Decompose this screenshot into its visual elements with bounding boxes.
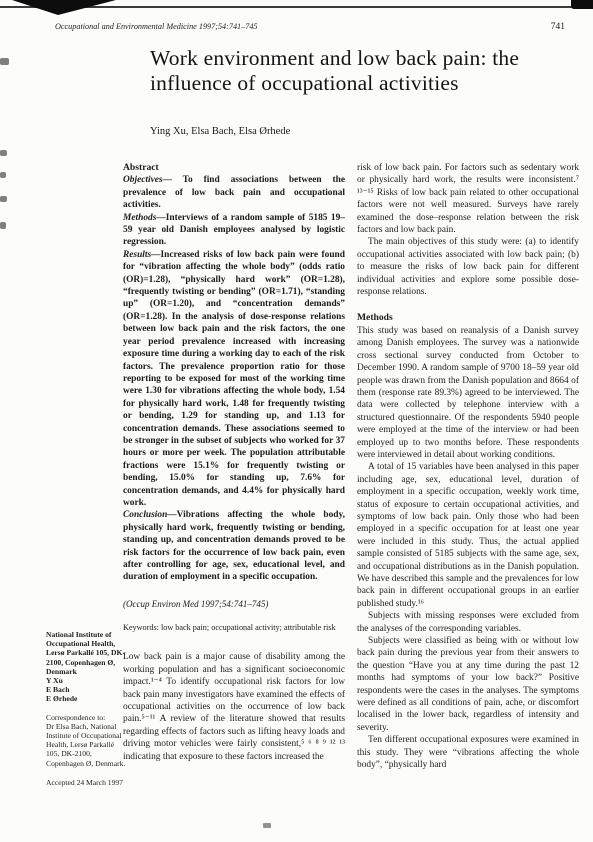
correspondence-label: Correspondence to: — [46, 713, 126, 722]
scan-artifact-left-edge — [0, 172, 6, 178]
body-columns: Abstract Objectives— To find association… — [123, 162, 579, 772]
abstract-results-label: Results— — [123, 250, 161, 260]
scan-artifact-bottom-mark — [263, 823, 271, 828]
methods-paragraph-3: Subjects with missing responses were exc… — [357, 610, 579, 635]
affiliation-author: E Ørhede — [46, 694, 126, 703]
margin-note: National Institute of Occupational Healt… — [46, 630, 126, 787]
author-byline: Ying Xu, Elsa Bach, Elsa Ørhede — [150, 126, 290, 137]
correspondence-address: Dr Elsa Bach, National Institute of Occu… — [46, 722, 126, 768]
right-column: risk of low back pain. For factors such … — [357, 162, 579, 772]
methods-paragraph-1: This study was based on reanalysis of a … — [357, 325, 579, 461]
scan-artifact-top-line — [0, 6, 593, 8]
intro-continued-paragraph: risk of low back pain. For factors such … — [357, 162, 579, 236]
correspondence-block: Correspondence to: Dr Elsa Bach, Nationa… — [46, 713, 126, 768]
scanned-paper-page: Occupational and Environmental Medicine … — [0, 0, 593, 842]
abstract-conclusion-label: Conclusion— — [123, 510, 177, 520]
accepted-date: Accepted 24 March 1997 — [46, 778, 126, 787]
scan-artifact-left-edge — [0, 150, 7, 156]
abstract-body: Objectives— To find associations between… — [123, 174, 345, 583]
methods-heading: Methods — [357, 312, 579, 324]
affiliation-author: E Bach — [46, 685, 126, 694]
objectives-paragraph: The main objectives of this study were: … — [357, 236, 579, 298]
scan-artifact-left-edge — [0, 58, 9, 65]
methods-paragraph-2: A total of 15 variables have been analys… — [357, 461, 579, 610]
methods-paragraph-4: Subjects were classified as being with o… — [357, 635, 579, 734]
intro-paragraph: Low back pain is a major cause of disabi… — [123, 651, 345, 763]
abstract-methods-label: Methods— — [123, 213, 166, 223]
abstract-conclusion-text: Vibrations affecting the whole body, phy… — [123, 510, 345, 582]
page-number: 741 — [551, 22, 565, 32]
journal-citation: (Occup Environ Med 1997;54:741–745) — [123, 598, 345, 610]
abstract-results-text: Increased risks of low back pain were fo… — [123, 250, 345, 508]
methods-paragraph-5: Ten different occupational exposures wer… — [357, 734, 579, 771]
abstract-conclusion: Conclusion—Vibrations affecting the whol… — [123, 509, 345, 583]
abstract-heading: Abstract — [123, 162, 345, 174]
abstract-objectives-label: Objectives— — [123, 175, 172, 185]
affiliation: National Institute of Occupational Healt… — [46, 630, 126, 676]
abstract-methods: Methods—Interviews of a random sample of… — [123, 212, 345, 249]
journal-citation-line: Occupational and Environmental Medicine … — [55, 22, 258, 31]
scan-artifact-top-right — [571, 0, 593, 9]
scan-artifact-left-edge — [0, 222, 6, 229]
scan-artifact-wedge — [12, 0, 116, 15]
abstract-results: Results—Increased risks of low back pain… — [123, 249, 345, 510]
article-title: Work environment and low back pain: the … — [150, 46, 552, 95]
affiliation-author: Y Xu — [46, 676, 126, 685]
keywords-line: Keywords: low back pain; occupational ac… — [123, 623, 345, 633]
running-head: Occupational and Environmental Medicine … — [55, 22, 565, 32]
abstract-objectives: Objectives— To find associations between… — [123, 174, 345, 211]
left-column: Abstract Objectives— To find association… — [123, 162, 345, 772]
scan-artifact-left-edge — [0, 196, 7, 202]
